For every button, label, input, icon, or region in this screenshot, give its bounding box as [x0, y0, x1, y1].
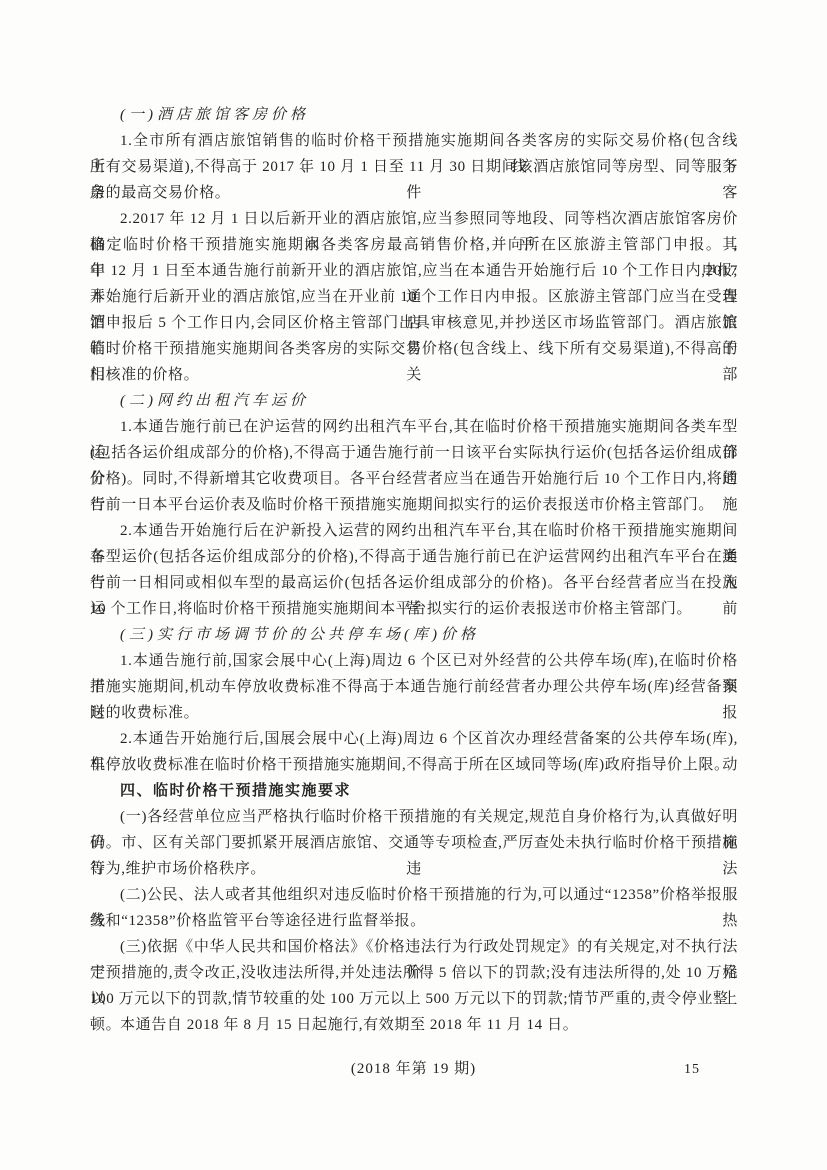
- text-line: (一)酒店旅馆客房价格: [90, 102, 738, 128]
- text-line: 1.全市所有酒店旅馆销售的临时价格干预措施实施期间各类客房的实际交易价格(包含线…: [90, 128, 738, 154]
- text-line: 干预措施的,责令改正,没收违法所得,并处违法所得 5 倍以下的罚款;没有违法所得…: [90, 960, 738, 986]
- text-line: 确定临时价格干预措施实施期间各类客房最高销售价格,并向所在区旅游主管部门申报。其…: [90, 232, 738, 258]
- text-line: 本通告自 2018 年 8 月 15 日起施行,有效期至 2018 年 11 月…: [90, 1012, 738, 1038]
- text-line: 年 12 月 1 日至本通告施行前新开业的酒店旅馆,应当在本通告开始施行后 10…: [90, 258, 738, 284]
- text-line: 2.2017 年 12 月 1 日以后新开业的酒店旅馆,应当参照同等地段、同等档…: [90, 206, 738, 232]
- page-number: 15: [684, 1057, 700, 1083]
- text-line: 价。市、区有关部门要抓紧开展酒店旅馆、交通等专项检查,严厉查处未执行临时价格干预…: [90, 830, 738, 856]
- text-line: 所有交易渠道),不得高于 2017 年 10 月 1 日至 11 月 30 日期…: [90, 154, 738, 180]
- text-line: (二)网约出租汽车运价: [90, 388, 738, 414]
- text-line: 车停放收费标准在临时价格干预措施实施期间,不得高于所在区域同等场(库)政府指导价…: [90, 752, 738, 778]
- text-line: 行前一日本平台运价表及临时价格干预措施实施期间拟实行的运价表报送市价格主管部门。: [90, 492, 738, 518]
- text-line: 开始施行后新开业的酒店旅馆,应当在开业前 10 个工作日内申报。区旅游主管部门应…: [90, 284, 738, 310]
- text-line: 馆申报后 5 个工作日内,会同区价格主管部门出具审核意见,并抄送区市场监管部门。…: [90, 310, 738, 336]
- text-line: (二)公民、法人或者其他组织对违反临时价格干预措施的行为,可以通过“12358”…: [90, 882, 738, 908]
- text-line: 1.本通告施行前,国家会展中心(上海)周边 6 个区已对外经营的公共停车场(库)…: [90, 648, 738, 674]
- text-line: (包括各运价组成部分的价格),不得高于通告施行前一日该平台实际执行运价(包括各运…: [90, 440, 738, 466]
- footer-issue-label: (2018 年第 19 期): [0, 1056, 827, 1082]
- text-line: 车型运价(包括各运价组成部分的价格),不得高于通告施行前已在沪运营网约出租汽车平…: [90, 544, 738, 570]
- text-line: (三)依据《中华人民共和国价格法》《价格违法行为行政处罚规定》的有关规定,对不执…: [90, 934, 738, 960]
- text-line: 2.本通告开始施行后在沪新投入运营的网约出租汽车平台,其在临时价格干预措施实施期…: [90, 518, 738, 544]
- text-line: 临时价格干预措施实施期间各类客房的实际交易价格(包含线上、线下所有交易渠道),不…: [90, 336, 738, 362]
- text-line: 价格)。同时,不得新增其它收费项目。各平台经营者应当在通告开始施行后 10 个工…: [90, 466, 738, 492]
- document-page: (一)酒店旅馆客房价格1.全市所有酒店旅馆销售的临时价格干预措施实施期间各类客房…: [0, 0, 827, 1170]
- text-line: 措施实施期间,机动车停放收费标准不得高于本通告施行前经营者办理公共停车场(库)经…: [90, 674, 738, 700]
- document-body: (一)酒店旅馆客房价格1.全市所有酒店旅馆销售的临时价格干预措施实施期间各类客房…: [90, 102, 738, 1038]
- text-line: 四、临时价格干预措施实施要求: [90, 778, 738, 804]
- text-line: (一)各经营单位应当严格执行临时价格干预措施的有关规定,规范自身价格行为,认真做…: [90, 804, 738, 830]
- text-line: 行前一日相同或相似车型的最高运价(包括各运价组成部分的价格)。各平台经营者应当在…: [90, 570, 738, 596]
- text-line: 10 个工作日,将临时价格干预措施实施期间本平台拟实行的运价表报送市价格主管部门…: [90, 596, 738, 622]
- text-line: 1.本通告施行前已在沪运营的网约出租汽车平台,其在临时价格干预措施实施期间各类车…: [90, 414, 738, 440]
- text-line: (三)实行市场调节价的公共停车场(库)价格: [90, 622, 738, 648]
- text-line: 100 万元以下的罚款,情节较重的处 100 万元以上 500 万元以下的罚款;…: [90, 986, 738, 1012]
- text-line: 2.本通告开始施行后,国展会展中心(上海)周边 6 个区首次办理经营备案的公共停…: [90, 726, 738, 752]
